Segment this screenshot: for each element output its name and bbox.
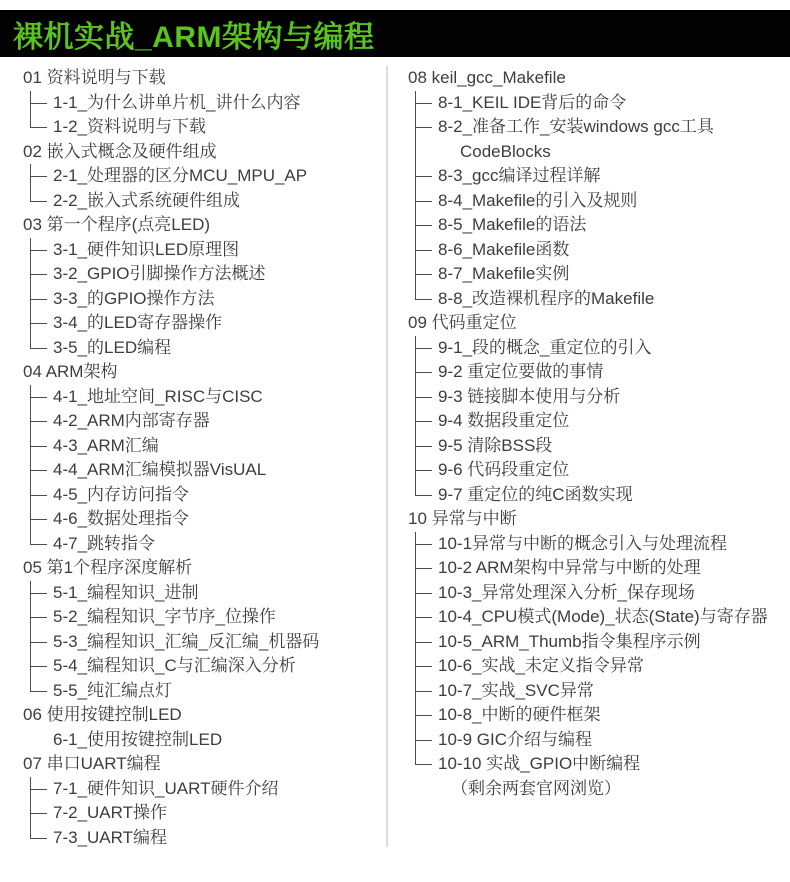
toc-item: 5-3_编程知识_汇编_反汇编_机器码 xyxy=(30,630,386,655)
toc-item-label: 10-3_异常处理深入分析_保存现场 xyxy=(438,583,695,602)
chapter-06: 06 使用按键控制LED 6-1_使用按键控制LED xyxy=(23,703,386,752)
chapter-title: 06 使用按键控制LED xyxy=(23,703,386,728)
toc-item: 3-5_的LED编程 xyxy=(30,336,386,361)
toc-item-label: 1-2_资料说明与下载 xyxy=(53,117,206,136)
chapter-items: 8-1_KEIL IDE背后的命令 8-2_准备工作_安装windows gcc… xyxy=(415,91,790,312)
chapter-items: 7-1_硬件知识_UART硬件介绍 7-2_UART操作 7-3_UART编程 xyxy=(30,777,386,851)
toc-item-label: 4-5_内存访问指令 xyxy=(53,485,189,504)
toc-item-label: 8-2_准备工作_安装windows gcc工具 xyxy=(438,117,714,136)
toc-item-label: 9-4 数据段重定位 xyxy=(438,411,569,430)
toc-item: 10-1异常与中断的概念引入与处理流程 xyxy=(415,532,790,557)
toc-item-label: 4-7_跳转指令 xyxy=(53,534,155,553)
toc-item-label: 7-2_UART操作 xyxy=(53,803,167,822)
toc-item-label: 9-2 重定位要做的事情 xyxy=(438,362,603,381)
toc-item: 4-6_数据处理指令 xyxy=(30,507,386,532)
toc-item-label: 4-1_地址空间_RISC与CISC xyxy=(53,387,263,406)
toc-item-label: 10-6_实战_未定义指令异常 xyxy=(438,656,644,675)
chapter-items: 9-1_段的概念_重定位的引入 9-2 重定位要做的事情 9-3 链接脚本使用与… xyxy=(415,336,790,508)
toc-item: 10-10 实战_GPIO中断编程 xyxy=(415,752,790,777)
toc-item-label: 4-3_ARM汇编 xyxy=(53,436,159,455)
toc-item: 4-3_ARM汇编 xyxy=(30,434,386,459)
toc-item-label: 8-7_Makefile实例 xyxy=(438,264,569,283)
chapter-09: 09 代码重定位 9-1_段的概念_重定位的引入 9-2 重定位要做的事情 9-… xyxy=(408,311,790,507)
toc-item: 9-2 重定位要做的事情 xyxy=(415,360,790,385)
chapter-08: 08 keil_gcc_Makefile 8-1_KEIL IDE背后的命令 8… xyxy=(408,66,790,311)
toc-item: 4-2_ARM内部寄存器 xyxy=(30,409,386,434)
toc-item-label: 4-2_ARM内部寄存器 xyxy=(53,411,210,430)
chapter-title: 09 代码重定位 xyxy=(408,311,790,336)
toc-item: 5-5_纯汇编点灯 xyxy=(30,679,386,704)
toc-item: 4-1_地址空间_RISC与CISC xyxy=(30,385,386,410)
toc-item-label: 10-7_实战_SVC异常 xyxy=(438,681,594,700)
toc-item-label: 2-2_嵌入式系统硬件组成 xyxy=(53,191,240,210)
course-title: 裸机实战_ARM架构与编程 xyxy=(0,12,375,56)
toc-item: 8-2_准备工作_安装windows gcc工具 xyxy=(415,115,790,140)
toc-item: 10-7_实战_SVC异常 xyxy=(415,679,790,704)
toc-item-label: 4-6_数据处理指令 xyxy=(53,509,189,528)
toc-item-label: 10-9 GIC介绍与编程 xyxy=(438,730,592,749)
toc-item: 7-3_UART编程 xyxy=(30,826,386,851)
toc-item-label: 3-5_的LED编程 xyxy=(53,338,171,357)
chapter-01: 01 资料说明与下载 1-1_为什么讲单片机_讲什么内容 1-2_资料说明与下载 xyxy=(23,66,386,140)
toc-item: 9-5 清除BSS段 xyxy=(415,434,790,459)
toc-item: 2-1_处理器的区分MCU_MPU_AP xyxy=(30,164,386,189)
chapter-04: 04 ARM架构 4-1_地址空间_RISC与CISC 4-2_ARM内部寄存器… xyxy=(23,360,386,556)
chapter-title: 02 嵌入式概念及硬件组成 xyxy=(23,140,386,165)
toc-item-label: 8-6_Makefile函数 xyxy=(438,240,569,259)
toc-item-label: 10-2 ARM架构中异常与中断的处理 xyxy=(438,558,701,577)
chapter-07: 07 串口UART编程 7-1_硬件知识_UART硬件介绍 7-2_UART操作… xyxy=(23,752,386,850)
toc-item: 10-4_CPU模式(Mode)_状态(State)与寄存器 xyxy=(415,605,790,630)
toc-item: 9-4 数据段重定位 xyxy=(415,409,790,434)
chapter-items: 4-1_地址空间_RISC与CISC 4-2_ARM内部寄存器 4-3_ARM汇… xyxy=(30,385,386,557)
toc-item: 9-6 代码段重定位 xyxy=(415,458,790,483)
toc-item: 10-6_实战_未定义指令异常 xyxy=(415,654,790,679)
toc-item: 8-4_Makefile的引入及规则 xyxy=(415,189,790,214)
toc-item-label: 9-6 代码段重定位 xyxy=(438,460,569,479)
toc-item: 9-1_段的概念_重定位的引入 xyxy=(415,336,790,361)
toc-item: 3-3_的GPIO操作方法 xyxy=(30,287,386,312)
toc-item-label: 8-1_KEIL IDE背后的命令 xyxy=(438,93,626,112)
chapter-title: 05 第1个程序深度解析 xyxy=(23,556,386,581)
chapter-title: 10 异常与中断 xyxy=(408,507,790,532)
toc-item: 8-1_KEIL IDE背后的命令 xyxy=(415,91,790,116)
chapter-title: 04 ARM架构 xyxy=(23,360,386,385)
toc-item-label: 4-4_ARM汇编模拟器VisUAL xyxy=(53,460,266,479)
toc-item-label: 8-8_改造裸机程序的Makefile xyxy=(438,289,654,308)
toc-item: 7-1_硬件知识_UART硬件介绍 xyxy=(30,777,386,802)
toc-item-label: 2-1_处理器的区分MCU_MPU_AP xyxy=(53,166,307,185)
toc-item-label: 10-1异常与中断的概念引入与处理流程 xyxy=(438,534,727,553)
toc-item-label: 10-4_CPU模式(Mode)_状态(State)与寄存器 xyxy=(438,607,768,626)
toc-item-label: 9-1_段的概念_重定位的引入 xyxy=(438,338,651,357)
toc-item-label: 10-5_ARM_Thumb指令集程序示例 xyxy=(438,632,701,651)
toc-item-label: 9-7 重定位的纯C函数实现 xyxy=(438,485,633,504)
toc-item: 4-4_ARM汇编模拟器VisUAL xyxy=(30,458,386,483)
toc-item: 8-5_Makefile的语法 xyxy=(415,213,790,238)
toc-item-label: 8-4_Makefile的引入及规则 xyxy=(438,191,637,210)
toc-item-label: CodeBlocks xyxy=(460,142,551,161)
chapter-title: 01 资料说明与下载 xyxy=(23,66,386,91)
toc-item-label: 6-1_使用按键控制LED xyxy=(53,730,222,749)
toc-item-label: 8-3_gcc编译过程详解 xyxy=(438,166,600,185)
toc-item: 8-6_Makefile函数 xyxy=(415,238,790,263)
toc-item: 8-8_改造裸机程序的Makefile xyxy=(415,287,790,312)
toc-item-label: 8-5_Makefile的语法 xyxy=(438,215,586,234)
column-right: 08 keil_gcc_Makefile 8-1_KEIL IDE背后的命令 8… xyxy=(388,66,790,850)
toc-item: 10-2 ARM架构中异常与中断的处理 xyxy=(415,556,790,581)
toc: 01 资料说明与下载 1-1_为什么讲单片机_讲什么内容 1-2_资料说明与下载… xyxy=(0,57,790,850)
toc-item: 3-1_硬件知识LED原理图 xyxy=(30,238,386,263)
toc-item-label: 9-3 链接脚本使用与分析 xyxy=(438,387,620,406)
toc-item-label: 10-8_中断的硬件框架 xyxy=(438,705,600,724)
toc-item: 2-2_嵌入式系统硬件组成 xyxy=(30,189,386,214)
chapter-items: 2-1_处理器的区分MCU_MPU_AP 2-2_嵌入式系统硬件组成 xyxy=(30,164,386,213)
column-left: 01 资料说明与下载 1-1_为什么讲单片机_讲什么内容 1-2_资料说明与下载… xyxy=(0,66,386,850)
chapter-items: 6-1_使用按键控制LED xyxy=(30,728,386,753)
toc-item: 9-3 链接脚本使用与分析 xyxy=(415,385,790,410)
toc-item-label: 3-1_硬件知识LED原理图 xyxy=(53,240,239,259)
toc-item: 10-3_异常处理深入分析_保存现场 xyxy=(415,581,790,606)
toc-item: 4-5_内存访问指令 xyxy=(30,483,386,508)
toc-item-label: 9-5 清除BSS段 xyxy=(438,436,552,455)
toc-item: 3-2_GPIO引脚操作方法概述 xyxy=(30,262,386,287)
toc-item: 8-3_gcc编译过程详解 xyxy=(415,164,790,189)
toc-item-label: 1-1_为什么讲单片机_讲什么内容 xyxy=(53,93,300,112)
toc-item: 10-9 GIC介绍与编程 xyxy=(415,728,790,753)
toc-item-label: 5-5_纯汇编点灯 xyxy=(53,681,172,700)
toc-item-label: 3-4_的LED寄存器操作 xyxy=(53,313,222,332)
chapter-03: 03 第一个程序(点亮LED) 3-1_硬件知识LED原理图 3-2_GPIO引… xyxy=(23,213,386,360)
chapter-items: 3-1_硬件知识LED原理图 3-2_GPIO引脚操作方法概述 3-3_的GPI… xyxy=(30,238,386,361)
toc-item: 7-2_UART操作 xyxy=(30,801,386,826)
chapter-title: 07 串口UART编程 xyxy=(23,752,386,777)
chapter-items: 5-1_编程知识_进制 5-2_编程知识_字节序_位操作 5-3_编程知识_汇编… xyxy=(30,581,386,704)
toc-item-label: 5-1_编程知识_进制 xyxy=(53,583,198,602)
toc-item: 3-4_的LED寄存器操作 xyxy=(30,311,386,336)
toc-item-continuation: CodeBlocks xyxy=(415,140,790,165)
chapter-02: 02 嵌入式概念及硬件组成 2-1_处理器的区分MCU_MPU_AP 2-2_嵌… xyxy=(23,140,386,214)
chapter-05: 05 第1个程序深度解析 5-1_编程知识_进制 5-2_编程知识_字节序_位操… xyxy=(23,556,386,703)
toc-item: 4-7_跳转指令 xyxy=(30,532,386,557)
chapter-title: 03 第一个程序(点亮LED) xyxy=(23,213,386,238)
chapter-items: 10-1异常与中断的概念引入与处理流程 10-2 ARM架构中异常与中断的处理 … xyxy=(415,532,790,802)
toc-item-label: 5-4_编程知识_C与汇编深入分析 xyxy=(53,656,296,675)
chapter-10: 10 异常与中断 10-1异常与中断的概念引入与处理流程 10-2 ARM架构中… xyxy=(408,507,790,801)
toc-item-label: 3-2_GPIO引脚操作方法概述 xyxy=(53,264,266,283)
toc-item: 1-2_资料说明与下载 xyxy=(30,115,386,140)
toc-item-label: 3-3_的GPIO操作方法 xyxy=(53,289,215,308)
toc-item: 10-5_ARM_Thumb指令集程序示例 xyxy=(415,630,790,655)
toc-note-label: （剩余两套官网浏览） xyxy=(451,779,621,798)
toc-item: 10-8_中断的硬件框架 xyxy=(415,703,790,728)
toc-item: 5-2_编程知识_字节序_位操作 xyxy=(30,605,386,630)
chapter-items: 1-1_为什么讲单片机_讲什么内容 1-2_资料说明与下载 xyxy=(30,91,386,140)
toc-item-label: 5-2_编程知识_字节序_位操作 xyxy=(53,607,276,626)
toc-item-label: 10-10 实战_GPIO中断编程 xyxy=(438,754,640,773)
chapter-title: 08 keil_gcc_Makefile xyxy=(408,66,790,91)
toc-item: 5-1_编程知识_进制 xyxy=(30,581,386,606)
toc-item-label: 5-3_编程知识_汇编_反汇编_机器码 xyxy=(53,632,319,651)
toc-item: 6-1_使用按键控制LED xyxy=(30,728,386,753)
toc-item: 5-4_编程知识_C与汇编深入分析 xyxy=(30,654,386,679)
toc-item-label: 7-1_硬件知识_UART硬件介绍 xyxy=(53,779,278,798)
toc-note: （剩余两套官网浏览） xyxy=(415,777,790,802)
course-header: 裸机实战_ARM架构与编程 xyxy=(0,10,790,57)
toc-item: 1-1_为什么讲单片机_讲什么内容 xyxy=(30,91,386,116)
toc-item: 9-7 重定位的纯C函数实现 xyxy=(415,483,790,508)
toc-item-label: 7-3_UART编程 xyxy=(53,828,167,847)
toc-item: 8-7_Makefile实例 xyxy=(415,262,790,287)
